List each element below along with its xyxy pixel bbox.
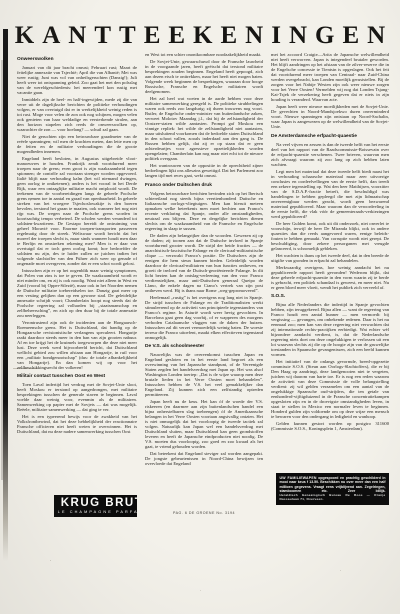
- krug-champagne-ad: KRUG BRUT LE CHAMPAGNE PARFAIT: [54, 495, 137, 517]
- article-paragraph: De Sovjet-Unie, gewaarschuwd door de Fra…: [145, 59, 263, 94]
- scan-edge-bar: [3, 29, 8, 561]
- article-paragraph: en West tot een schier onontkoombare noo…: [145, 52, 263, 57]
- article-heading: De Amsterdamsche erfpacht-quaestie: [271, 134, 389, 140]
- article-paragraph: Volgens betrouwbare berichten bevinden z…: [145, 191, 263, 231]
- article-paragraph: Inmiddels zijn de heel- en half-ingewijd…: [17, 97, 137, 132]
- article-paragraph: Het wantrouwen van de oppositie in de op…: [145, 163, 263, 178]
- newspaper-page: KANTTEEKENINGEN KRUG BRUT LE CHAMPAGNE P…: [0, 0, 400, 614]
- article-paragraph: Het zal heel wat voeten in de aarde hebb…: [145, 96, 263, 161]
- folio-line: PAG. 6 DE GROENE No. 3194: [145, 511, 263, 516]
- column-2: PAG. 6 DE GROENE No. 3194 en West tot ee…: [145, 52, 263, 524]
- article-paragraph: Het initiatief van de onlangs gevormde, …: [271, 359, 389, 419]
- article-paragraph: Toen Laval indertijd het verdrag met de …: [17, 382, 137, 412]
- article-paragraph: Legt men het materiaal dat deze tweede h…: [271, 169, 389, 219]
- article-paragraph: Januari van dit jaar bracht onrust; Febr…: [17, 65, 137, 95]
- article-paragraph: Dat beteekent dat Engeland steviger zal …: [145, 451, 263, 466]
- scan-edge-smudge: [1, 60, 3, 480]
- article-paragraph: Na veel vijven en zessen is dan de tweed…: [271, 142, 389, 167]
- krug-ad-brand: KRUG BRUT: [54, 497, 137, 509]
- article-paragraph: Intusschen zijn er op het oogenblik maar…: [17, 268, 137, 318]
- column-3: UW FAMILIEWAPEN opgespoord en prachtig g…: [271, 52, 389, 524]
- article-paragraph: met het accoord Craigie—Arita de Japansc…: [271, 52, 389, 102]
- article-paragraph: Niet de geruchten zijn een betrouwbare g…: [17, 134, 137, 154]
- article-heading: Militair contact tusschen Oost en West: [17, 374, 137, 380]
- article-paragraph: Het is een typeerend bewijs voor de zwak…: [17, 414, 137, 434]
- article-paragraph: Het wachten is thans op het tweede deel,…: [271, 253, 389, 263]
- article-paragraph: Merkwaardig overigens, hoe weinig aandac…: [271, 265, 389, 290]
- article-paragraph: Japan heeft weer nieuwe moeilijkheden me…: [271, 104, 389, 129]
- familiewapen-ad-agency: Heraldisch Genealogisch Bureau De Roos —…: [280, 493, 386, 502]
- article-heading: De V.S. als schoolmeester: [145, 344, 263, 350]
- article-paragraph: Engeland heeft besloten, in Augustus uit…: [17, 156, 137, 266]
- article-paragraph: Japan heeft nu de keus. Het kan óf de wo…: [145, 399, 263, 449]
- article-heading: Franco onder Duitschen druk: [145, 183, 263, 189]
- article-paragraph: De heer Gulden komt, ook uit dit onderzo…: [271, 221, 389, 251]
- krug-ad-slogan: LE CHAMPAGNE PARFAIT: [54, 510, 137, 515]
- article-paragraph: De daden zijn belangrijker dan de woorde…: [145, 233, 263, 293]
- article-paragraph: Verontrustend zijn ook de incidenten aan…: [17, 320, 137, 370]
- article-heading: S.O.S.: [271, 294, 389, 300]
- article-paragraph: Gelden kunnen gestort worden op postgiro…: [271, 421, 389, 431]
- article-heading: Onweerswolken: [17, 57, 137, 63]
- familiewapen-ad: UW FAMILIEWAPEN opgespoord en prachtig g…: [276, 473, 389, 505]
- article-paragraph: Bijna alle Nederlanders die indertijd in…: [271, 302, 389, 357]
- column-1: KRUG BRUT LE CHAMPAGNE PARFAIT Onweerswo…: [17, 52, 137, 524]
- paper-noise: [0, 0, 1, 1]
- page-title: KANTTEEKENINGEN: [0, 22, 400, 50]
- article-paragraph: Heelemaal „rustig” is het overigens nog …: [145, 295, 263, 340]
- article-columns: KRUG BRUT LE CHAMPAGNE PARFAIT Onweerswo…: [17, 52, 389, 524]
- article-paragraph: Nauwelijks was de overeenkomst tusschen …: [145, 352, 263, 397]
